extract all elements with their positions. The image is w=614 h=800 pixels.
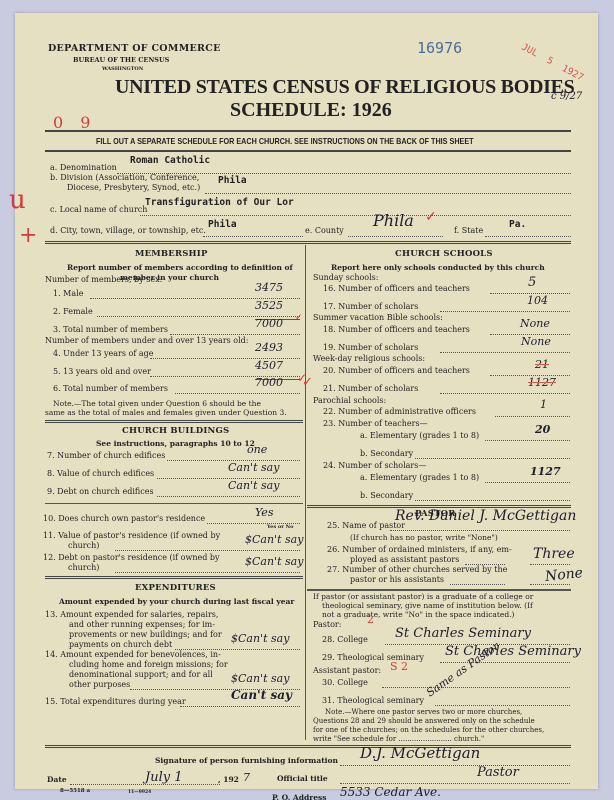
city-line: [203, 236, 303, 237]
county-value[interactable]: Phila: [373, 211, 414, 230]
q30-line: [382, 687, 570, 688]
q1-label: 1. Male: [53, 289, 83, 298]
q24a-label: a. Elementary (grades 1 to 8): [360, 473, 479, 482]
q16-value[interactable]: 5: [528, 275, 536, 290]
church-name-value[interactable]: Transfiguration of Our Lor: [145, 197, 294, 208]
pastor-note-2: Questions 28 and 29 should be answered o…: [313, 717, 535, 725]
signature-value[interactable]: D.J. McGettigan: [360, 744, 480, 762]
q14-label-1: 14. Amount expended for benevolences, in…: [45, 650, 221, 659]
members-by-age-label: Number of members under and over 13 year…: [45, 336, 248, 345]
q25-label: 25. Name of pastor: [327, 521, 405, 530]
church-name-label: c. Local name of church: [50, 205, 147, 214]
q3-line: [170, 334, 300, 335]
date-value[interactable]: July 1: [145, 770, 183, 785]
membership-note-2: same as the total of males and females g…: [45, 408, 287, 417]
q5-value[interactable]: 4507: [255, 359, 283, 372]
divider: [45, 241, 571, 244]
q29-label: 29. Theological seminary: [322, 653, 424, 662]
po-address-value[interactable]: 5533 Cedar Ave.: [340, 785, 441, 799]
division-label-line1: b. Division (Association, Conference,: [50, 173, 199, 182]
q15-value[interactable]: Can't say: [231, 688, 292, 702]
state-label: f. State: [454, 226, 483, 235]
q13-label-4: payments on church debt: [69, 640, 172, 649]
graduate-instruction-1: If pastor (or assistant pastor) is a gra…: [313, 592, 533, 601]
q27-label-2: pastor or his assistants: [350, 575, 444, 584]
q31-line: [435, 705, 570, 706]
q12-label-line1: 12. Debt on pastor's residence (if owned…: [43, 553, 220, 562]
q19-line: [440, 352, 570, 353]
q13-value[interactable]: $Can't say: [231, 632, 289, 645]
red-margin-mark: u: [9, 185, 26, 215]
yes-no-hint: Yes or No: [267, 524, 294, 530]
weekday-schools-label: Week-day religious schools:: [313, 354, 425, 363]
q23a-value[interactable]: 20: [535, 423, 550, 436]
assistant-pastor-label: Assistant pastor:: [313, 666, 381, 675]
q21-label: 21. Number of scholars: [323, 384, 418, 393]
q20-label: 20. Number of officers and teachers: [323, 366, 470, 375]
city-value[interactable]: Phila: [208, 219, 237, 230]
q24b-label: b. Secondary: [360, 491, 413, 500]
q9-label: 9. Debt on church edifices: [47, 487, 154, 496]
q24b-line: [415, 500, 570, 501]
divider: [45, 130, 571, 132]
form-number: 8—5518 a: [60, 788, 90, 794]
signature-label: Signature of person furnishing informati…: [155, 756, 338, 765]
q9-value[interactable]: Can't say: [228, 479, 279, 492]
q21-line: [440, 393, 570, 394]
q19-label: 19. Number of scholars: [323, 343, 418, 352]
q10-label: 10. Does church own pastor's residence: [43, 514, 205, 523]
pastor-note-1: Note.—Where one pastor serves two or mor…: [325, 708, 522, 716]
census-schedule-sheet: DEPARTMENT OF COMMERCE BUREAU OF THE CEN…: [15, 13, 598, 789]
q23a-label: a. Elementary (grades 1 to 8): [360, 431, 479, 440]
q25-line: [390, 530, 570, 531]
official-title-line: [340, 783, 570, 784]
q20-value[interactable]: 21: [535, 358, 549, 371]
q28-label: 28. College: [322, 635, 368, 644]
red-checkmark-icon: ✓: [425, 209, 437, 225]
q12-value[interactable]: $Can't say: [245, 555, 303, 568]
q12-line: [115, 572, 300, 573]
county-line: [348, 236, 443, 237]
assistant-red-mark: S 2: [390, 660, 408, 673]
q14-label-3: denominational support; and for all: [69, 670, 213, 679]
q11-label-line1: 11. Value of pastor's residence (if owne…: [43, 531, 220, 540]
form-title: UNITED STATES CENSUS OF RELIGIOUS BODIES: [115, 76, 574, 99]
signature-line: [340, 765, 570, 766]
pastor-note-4: write "See schedule for ................…: [313, 735, 484, 743]
q15-label: 15. Total expenditures during year: [45, 697, 186, 706]
q26-label-1: 26. Number of ordained ministers, if any…: [327, 545, 512, 554]
q13-label-1: 13. Amount expended for salaries, repair…: [45, 610, 218, 619]
q13-label-2: and other running expenses; for im-: [69, 620, 215, 629]
q18-value[interactable]: None: [520, 317, 550, 330]
q23-label: 23. Number of teachers—: [323, 419, 428, 428]
po-address-label: P. O. Address: [272, 793, 326, 800]
q4-value[interactable]: 2493: [255, 341, 283, 354]
q18-label: 18. Number of officers and teachers: [323, 325, 470, 334]
division-value[interactable]: Phila: [218, 175, 247, 186]
divider: [45, 503, 303, 504]
state-line: [485, 236, 571, 237]
q24-label: 24. Number of scholars—: [323, 461, 426, 470]
q25-value[interactable]: Rev. Daniel J. McGettigan: [395, 508, 576, 524]
q15-line: [180, 706, 300, 707]
q1-value[interactable]: 3475: [255, 281, 283, 294]
expenditures-subtitle: Amount expended by your church during la…: [59, 597, 294, 606]
q23b-label: b. Secondary: [360, 449, 413, 458]
q25-hint: (If church has no pastor, write "None"): [350, 533, 498, 542]
q3-value[interactable]: 7000: [255, 317, 283, 330]
bureau-name: BUREAU OF THE CENSUS: [73, 56, 169, 64]
q27-line-left: [450, 584, 505, 585]
county-label: e. County: [305, 226, 344, 235]
pastor-label: Pastor:: [313, 620, 341, 629]
q23b-line: [415, 458, 570, 459]
q22-value[interactable]: 1: [540, 398, 547, 411]
division-line: [205, 193, 571, 194]
q16-label: 16. Number of officers and teachers: [323, 284, 470, 293]
q27-label-1: 27. Number of other churches served by t…: [327, 565, 507, 574]
q3-label: 3. Total number of members: [53, 325, 168, 334]
state-value[interactable]: Pa.: [509, 219, 526, 230]
divider: [45, 576, 303, 579]
q10-value[interactable]: Yes: [255, 506, 273, 519]
official-title-label: Official title: [277, 774, 328, 783]
q6-label: 6. Total number of members: [53, 384, 168, 393]
expenditures-heading: EXPENDITURES: [135, 583, 216, 593]
official-title-value[interactable]: Pastor: [477, 765, 519, 780]
q4-label: 4. Under 13 years of age: [53, 349, 153, 358]
year-suffix[interactable]: 7: [243, 771, 250, 784]
q19-value[interactable]: None: [521, 335, 551, 348]
q17-label: 17. Number of scholars: [323, 302, 418, 311]
q12-label-line2: church): [68, 563, 99, 572]
q6-line: [175, 393, 300, 394]
denomination-label: a. Denomination: [50, 163, 117, 172]
q8-label: 8. Value of church edifices: [47, 469, 154, 478]
q28-value[interactable]: St Charles Seminary: [395, 626, 531, 641]
instruction-banner: FILL OUT A SEPARATE SCHEDULE FOR EACH CH…: [96, 136, 474, 146]
q11-label-line2: church): [68, 541, 99, 550]
q7-label: 7. Number of church edifices: [47, 451, 165, 460]
q8-value[interactable]: Can't say: [228, 461, 279, 474]
q7-value[interactable]: one: [247, 443, 267, 456]
buildings-subtitle: See instructions, paragraphs 10 to 12: [96, 439, 255, 448]
membership-note-1: Note.—The total given under Question 6 s…: [53, 399, 261, 408]
form-subtitle: SCHEDULE: 1926: [230, 99, 392, 122]
q2-label: 2. Female: [53, 307, 93, 316]
graduate-instruction-2: theological seminary, give name of insti…: [322, 601, 533, 610]
q11-value[interactable]: $Can't say: [245, 533, 303, 546]
serial-number: 16976: [417, 39, 462, 57]
division-label-line2: Diocese, Presbytery, Synod, etc.): [67, 183, 200, 192]
q14-value[interactable]: $Can't say: [231, 672, 289, 685]
city-label: d. City, town, village, or township, etc…: [50, 226, 206, 235]
department-name: DEPARTMENT OF COMMERCE: [48, 43, 221, 54]
date-label: Date: [47, 775, 67, 784]
sunday-schools-label: Sunday schools:: [313, 273, 378, 282]
q13-label-3: provements or new buildings; and for: [69, 630, 222, 639]
q26-line: [530, 564, 570, 565]
red-margin-cross: +: [19, 223, 37, 248]
column-divider: [305, 245, 306, 740]
q5-label: 5. 13 years old and over: [53, 367, 151, 376]
church-name-line: [140, 215, 571, 216]
divider: [45, 420, 303, 423]
divider: [45, 745, 571, 748]
pastor-red-mark: 2: [367, 613, 374, 626]
q14-label-4: other purposes: [69, 680, 130, 689]
q26-value[interactable]: Three: [533, 546, 575, 562]
divider: [307, 589, 571, 591]
q23a-line: [485, 440, 570, 441]
q24a-line: [485, 482, 570, 483]
city-name: Washington: [102, 66, 143, 72]
q31-label: 31. Theological seminary: [322, 696, 424, 705]
graduate-instruction-3: not a graduate, write "No" in the space …: [322, 610, 514, 619]
q29-value[interactable]: St Charles Seminary: [445, 644, 581, 659]
q17-line: [440, 311, 570, 312]
print-code: 11—9924: [128, 790, 151, 795]
schools-subtitle: Report here only schools conducted by th…: [331, 263, 545, 272]
divider: [45, 150, 571, 152]
q9-line: [157, 496, 300, 497]
q17-value[interactable]: 104: [527, 294, 548, 307]
members-by-sex-label: Number of members, by sex:: [45, 275, 162, 284]
q2-value[interactable]: 3525: [255, 299, 283, 312]
schools-heading: CHURCH SCHOOLS: [395, 249, 493, 259]
q6-value[interactable]: 7000: [255, 376, 283, 389]
red-checkmark-icon: ✓: [302, 375, 313, 390]
year-prefix: , 192: [218, 775, 239, 784]
membership-heading: MEMBERSHIP: [135, 249, 208, 259]
q21-value[interactable]: 1127: [528, 376, 556, 389]
q30-label: 30. College: [322, 678, 368, 687]
q22-line: [495, 416, 570, 417]
q27-value[interactable]: None: [544, 565, 583, 585]
denomination-value[interactable]: Roman Catholic: [130, 155, 210, 166]
membership-intro-1: Report number of members according to de…: [67, 263, 293, 272]
q14-label-2: cluding home and foreign missions; for: [69, 660, 228, 669]
q11-line: [115, 550, 300, 551]
pastor-note-3: for one of the churches; on the schedule…: [313, 726, 544, 734]
parochial-schools-label: Parochial schools:: [313, 396, 386, 405]
q26-label-2: ployed as assistant pastors: [350, 555, 459, 564]
q22-label: 22. Number of administrative officers: [323, 407, 476, 416]
summer-schools-label: Summer vacation Bible schools:: [313, 313, 443, 322]
q24a-value[interactable]: 1127: [530, 465, 561, 478]
buildings-heading: CHURCH BUILDINGS: [122, 426, 229, 436]
red-checkmark-icon: ✓: [295, 313, 303, 323]
